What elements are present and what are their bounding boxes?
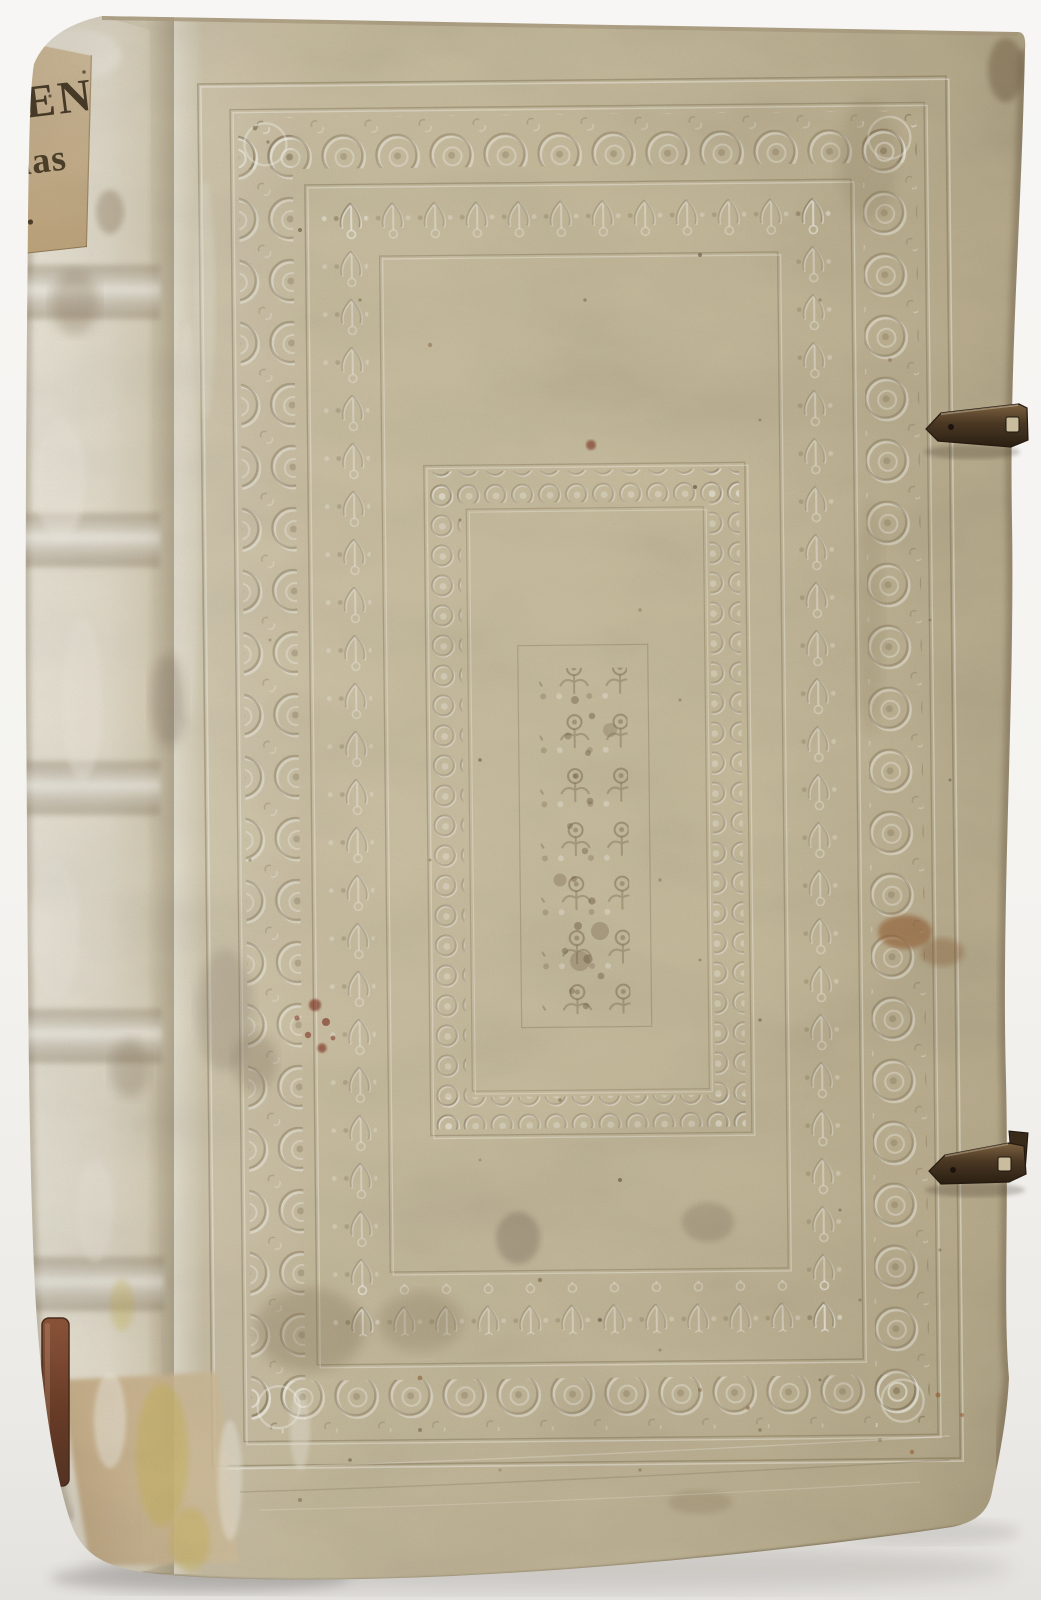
book-photo: MEN holas li.: [0, 0, 1041, 1600]
photo-stage: MEN holas li.: [0, 0, 1041, 1600]
book: MEN holas li.: [0, 0, 1041, 1600]
vignette: [0, 0, 1041, 1600]
